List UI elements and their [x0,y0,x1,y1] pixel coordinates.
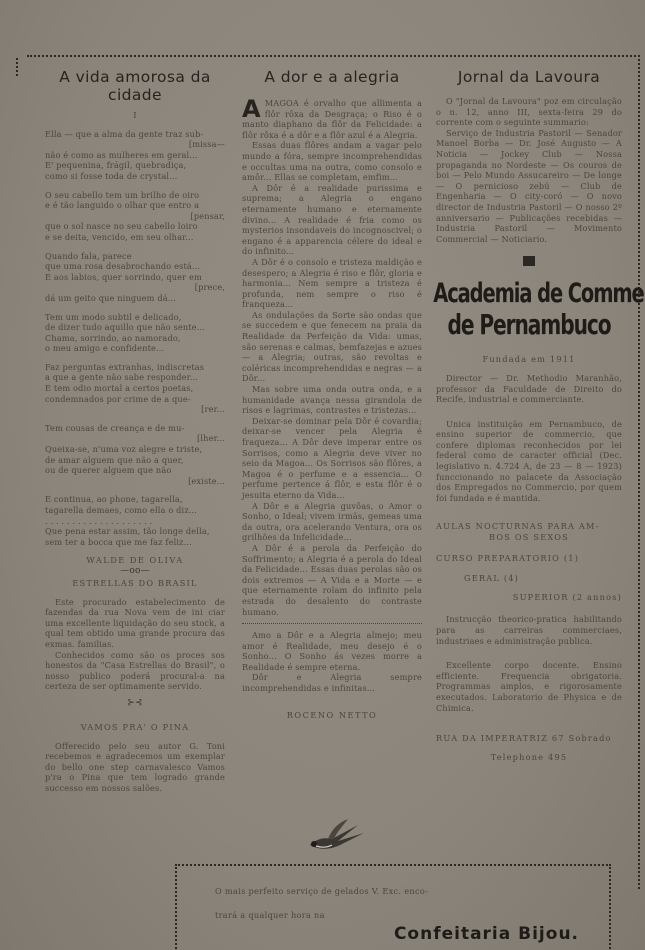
paragraph: A Dôr é a realidade purissima e suprema;… [242,183,422,257]
academy-faculty: Excellente corpo docente. Ensino efficie… [436,660,622,713]
academy-title-line2: de Pernambuco [433,309,625,340]
poem-line: o meu amigo e confidente... [45,343,225,354]
course-superior: SUPERIOR (2 annos) [436,592,622,603]
border-tick-mark [16,58,20,76]
ornament-divider: —oo— [45,566,225,576]
drop-cap-letter: A [242,99,261,119]
paragraph: Essas duas flôres andam a vagar pelo mun… [242,140,422,182]
poem-part-number: I [45,110,225,121]
paragraph: Deixar-se dominar pela Dôr é covardia; d… [242,416,422,501]
ad-brand-name: Confeitaria Bijou. [394,924,579,944]
poem-line: Que pena estar assim, tão longe della, [45,526,225,537]
paragraph: Offerecido pelo seu autor G. Toni recebe… [45,741,225,794]
poem-line: E aos labios, quer sorrindo, quer em [45,272,225,283]
poem-line: Queixa-se, n'uma voz alegre e triste, [45,444,225,455]
poem-line: e se deita, vencido, em seu olhar... [45,232,225,243]
poem-line: que uma rosa desabrochando está... [45,261,225,272]
poem-signature: WALDE DE OLIVA [45,555,225,566]
poem-line: Tem cousas de creança e de mu- [45,423,225,434]
poem-line: Ella — que a alma da gente traz sub- [45,129,225,140]
paragraph: Dôr e Alegria sempre incomprehendidas e … [242,672,422,693]
paragraph: Conhecidos como são os proces sos honest… [45,650,225,692]
paragraph: MAGOA é orvalho que allimenta a flôr rôx… [242,98,422,140]
section-estrellas-body: Este procurado estabelecimento de fazend… [45,597,225,692]
paragraph: Amo a Dôr e a Alegria almejo; meu amor é… [242,630,422,672]
column-middle: A dor e a alegria A MAGOA é orvalho que … [242,68,422,720]
paragraph: A Dôr e a Alegria guvôas, o Amor o Sonho… [242,501,422,543]
poem-stanza: O seu cabello tem um brilho de oiroe é t… [45,190,225,243]
academy-address: RUA DA IMPERATRIZ 67 Sobrado [436,733,622,744]
poem-line: de amar alguem que não a quer, [45,455,225,466]
poem-line: [missa— [45,139,225,150]
paragraph: Mas sobre uma onda outra onda, e a human… [242,384,422,416]
poem-stanzas: Ella — que a alma da gente traz sub-[mis… [45,129,225,548]
poem-line: E continua, ao phone, tagarella, [45,494,225,505]
paragraph: Este procurado estabelecimento de fazend… [45,597,225,650]
poem-line: condemnados por crime de a que- [45,394,225,405]
academy-phone: Telephone 495 [436,752,622,763]
course-geral: GERAL (4) [436,573,622,584]
poem-line: de dizer tudo aquillo que não sente... [45,322,225,333]
poem-line: tagarella demaes, como ella o diz... [45,505,225,516]
jornal-title: Jornal da Lavoura [436,68,622,86]
academy-director: Director — Dr. Methodio Maranhão, profes… [436,373,622,405]
poem-line: dá um geito que ninguem dá... [45,293,225,304]
poem-title: A vida amorosa da cidade [45,68,225,104]
poem-stanza: Faz perguntas extranhas, indiscretasa qu… [45,362,225,415]
academy-founded: Fundada em 1911 [436,354,622,365]
poem-line: a que a gente não sabe responder... [45,372,225,383]
poem-line: . . . . . . . . . . . . . . . . . . . . [45,516,225,527]
section-title-vamos-pra-o-pina: VAMOS PRA' O PINA [45,722,225,733]
article-paragraphs: MAGOA é orvalho que allimenta a flôr rôx… [242,98,422,617]
poem-line: como si fosse toda de crystal... [45,171,225,182]
classes-heading-line2: BOS OS SEXOS [436,532,622,543]
ornament-divider-2: ⊱⊰ [45,698,225,708]
poem-line: [prece, [45,282,225,293]
classes-heading-line1: AULAS NOCTURNAS PARA AM- [436,521,622,532]
bottom-advertisement-box: O mais perfeito serviço de gelados V. Ex… [175,864,611,950]
article-signature: ROCENO NETTO [242,710,422,721]
poem-line: O seu cabello tem um brilho de oiro [45,190,225,201]
poem-stanza: Quando fala, pareceque uma rosa desabroc… [45,251,225,304]
jornal-intro: O "Jornal da Lavoura" poz em circulação … [436,96,622,128]
poem-stanza: Tem cousas de creança e de mu-[lher...Qu… [45,423,225,487]
section-title-estrellas: ESTRELLAS DO BRASIL [45,578,225,589]
poem-stanza: Ella — que a alma da gente traz sub-[mis… [45,129,225,182]
poem-line: não é como as mulheres em geral... [45,150,225,161]
poem-line: Quando fala, parece [45,251,225,262]
poem-line: [existe... [45,476,225,487]
poem-line: Tem um modo subtil e delicado, [45,312,225,323]
poem-line: Chama, sorrindo, ao namorado, [45,333,225,344]
poem-line: Faz perguntas extranhas, indiscretas [45,362,225,373]
poem-line: ou de querer alguem que não [45,465,225,476]
paragraph: A Dôr é o consolo e tristeza maldição e … [242,257,422,310]
article-title: A dor e a alegria [242,68,422,86]
course-preparatorio: CURSO PREPARATORIO (1) [436,553,622,564]
dotted-separator [242,623,422,624]
column-left: A vida amorosa da cidade I Ella — que a … [45,68,225,793]
swallow-bird-icon [302,815,372,855]
poem-line: e é tão languido o olhar que entro a [45,200,225,211]
academy-instruction: Instrucção theorico-pratica habilitando … [436,614,622,646]
column-right: Jornal da Lavoura O "Jornal da Lavoura" … [436,68,622,762]
academy-title-line1: Academia de Commercio [433,278,625,309]
academy-description: Unica instituição em Pernambuco, de ensi… [436,419,622,504]
poem-line: E tem odio mortal a certos poetas, [45,383,225,394]
paragraph: A Dôr é a perola da Perfeição do Soffrim… [242,543,422,617]
poem-stanza: Tem um modo subtil e delicado,de dizer t… [45,312,225,354]
section-vamos-body: Offerecido pelo seu autor G. Toni recebe… [45,741,225,794]
poem-line: [rer... [45,404,225,415]
academy-emblem-icon [523,256,535,266]
poem-line: sem ter a bocca que me faz feliz... [45,537,225,548]
article-body: A MAGOA é orvalho que allimenta a flôr r… [242,98,422,617]
poem-line: [lher... [45,433,225,444]
jornal-summary: Serviço de Industria Pastoril — Senador … [436,128,622,245]
poem-line: E' pequenina, frágil, quebradiça, [45,160,225,171]
paragraph: As ondulações da Sorte são ondas que se … [242,310,422,384]
ad-text-line2: trará a qualquer hora na [215,910,325,920]
article-paragraphs-closing: Amo a Dôr e a Alegria almejo; meu amor é… [242,630,422,694]
poem-stanza: E continua, ao phone, tagarella,tagarell… [45,494,225,547]
ad-text-line1: O mais perfeito serviço de gelados V. Ex… [215,886,428,896]
poem-line: que o sol nasce no seu cabello loiro [45,221,225,232]
poem-line: [pensar, [45,211,225,222]
